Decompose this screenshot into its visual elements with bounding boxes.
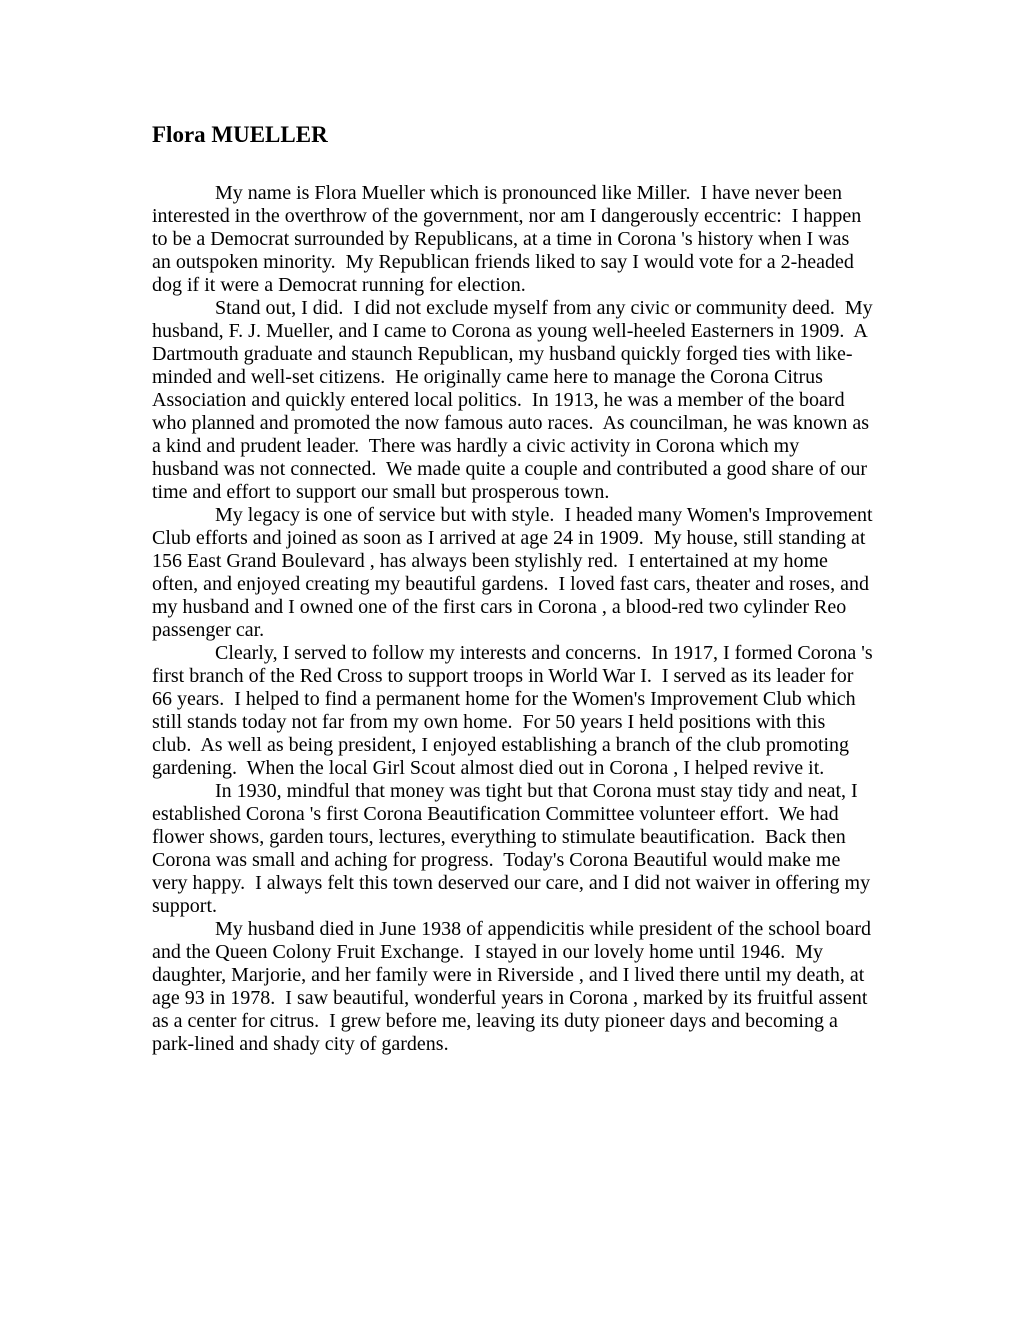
document-title: Flora MUELLER xyxy=(152,121,328,148)
paragraph: My name is Flora Mueller which is pronou… xyxy=(152,182,897,297)
paragraph: In 1930, mindful that money was tight bu… xyxy=(152,780,897,918)
paragraph: My legacy is one of service but with sty… xyxy=(152,504,897,642)
document-body: My name is Flora Mueller which is pronou… xyxy=(152,182,897,1056)
document-page: Flora MUELLER My name is Flora Mueller w… xyxy=(0,0,1020,1320)
paragraph: My husband died in June 1938 of appendic… xyxy=(152,918,897,1056)
paragraph: Clearly, I served to follow my interests… xyxy=(152,642,897,780)
paragraph: Stand out, I did. I did not exclude myse… xyxy=(152,297,897,504)
